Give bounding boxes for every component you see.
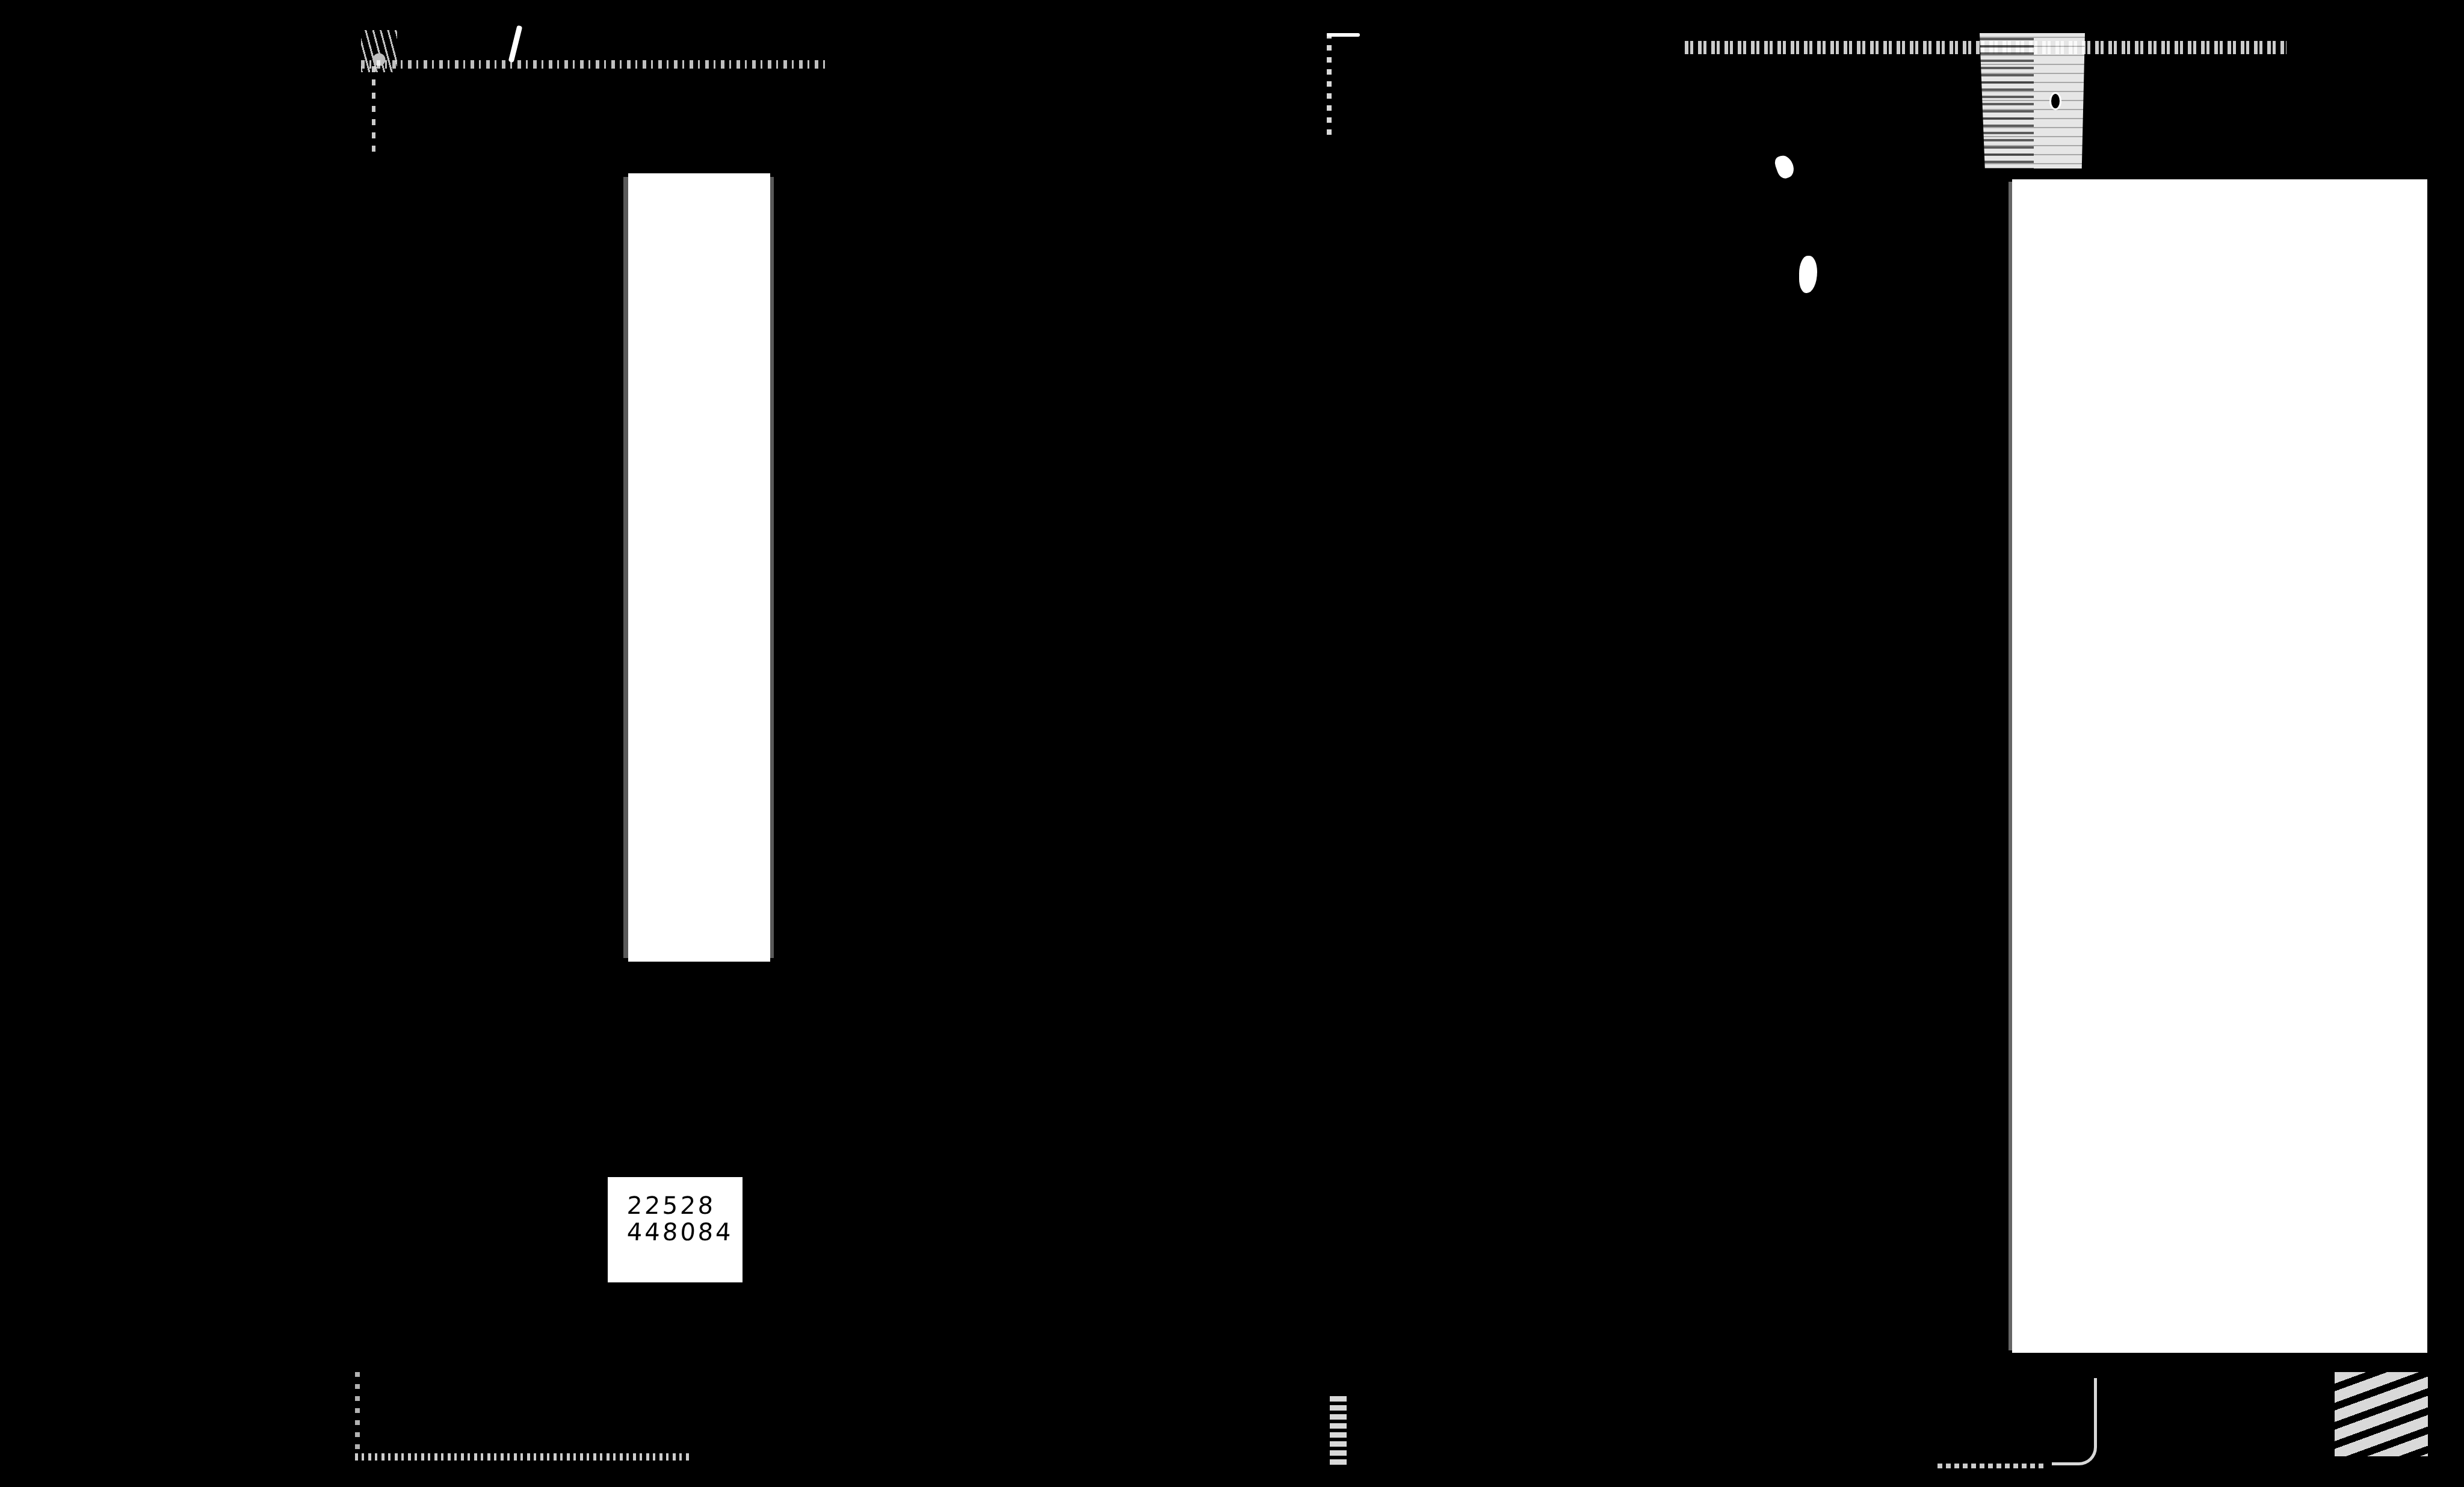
book-cover-scan: 22528 448084 bbox=[0, 0, 2464, 1487]
call-number-line-2: 448084 bbox=[626, 1219, 743, 1246]
front-cover-left-edge bbox=[372, 66, 375, 156]
front-cover-top-edge bbox=[361, 60, 830, 69]
back-cover-torn-corner bbox=[2335, 1372, 2428, 1456]
back-cover-bottom-corner bbox=[2052, 1378, 2097, 1465]
spine-top-edge bbox=[1327, 33, 1332, 135]
back-cover-bottom-edge bbox=[1938, 1464, 2046, 1468]
call-number-line-1: 22528 bbox=[626, 1193, 743, 1219]
back-cover-hole bbox=[2049, 92, 2061, 110]
front-cover-scratch bbox=[508, 25, 523, 63]
title-slip bbox=[628, 173, 770, 962]
front-cover-bottom-left-edge bbox=[355, 1372, 360, 1456]
back-cover-stain bbox=[1773, 153, 1796, 180]
back-cover-patch-shadow bbox=[1980, 33, 2034, 168]
spine-bottom-edge bbox=[1330, 1396, 1347, 1468]
back-cover-stain bbox=[1799, 256, 1817, 293]
call-number-label: 22528 448084 bbox=[608, 1177, 743, 1282]
front-cover-bottom-edge bbox=[355, 1453, 692, 1461]
back-cover-paper-panel bbox=[2012, 179, 2427, 1353]
spine-top-corner bbox=[1327, 33, 1360, 37]
